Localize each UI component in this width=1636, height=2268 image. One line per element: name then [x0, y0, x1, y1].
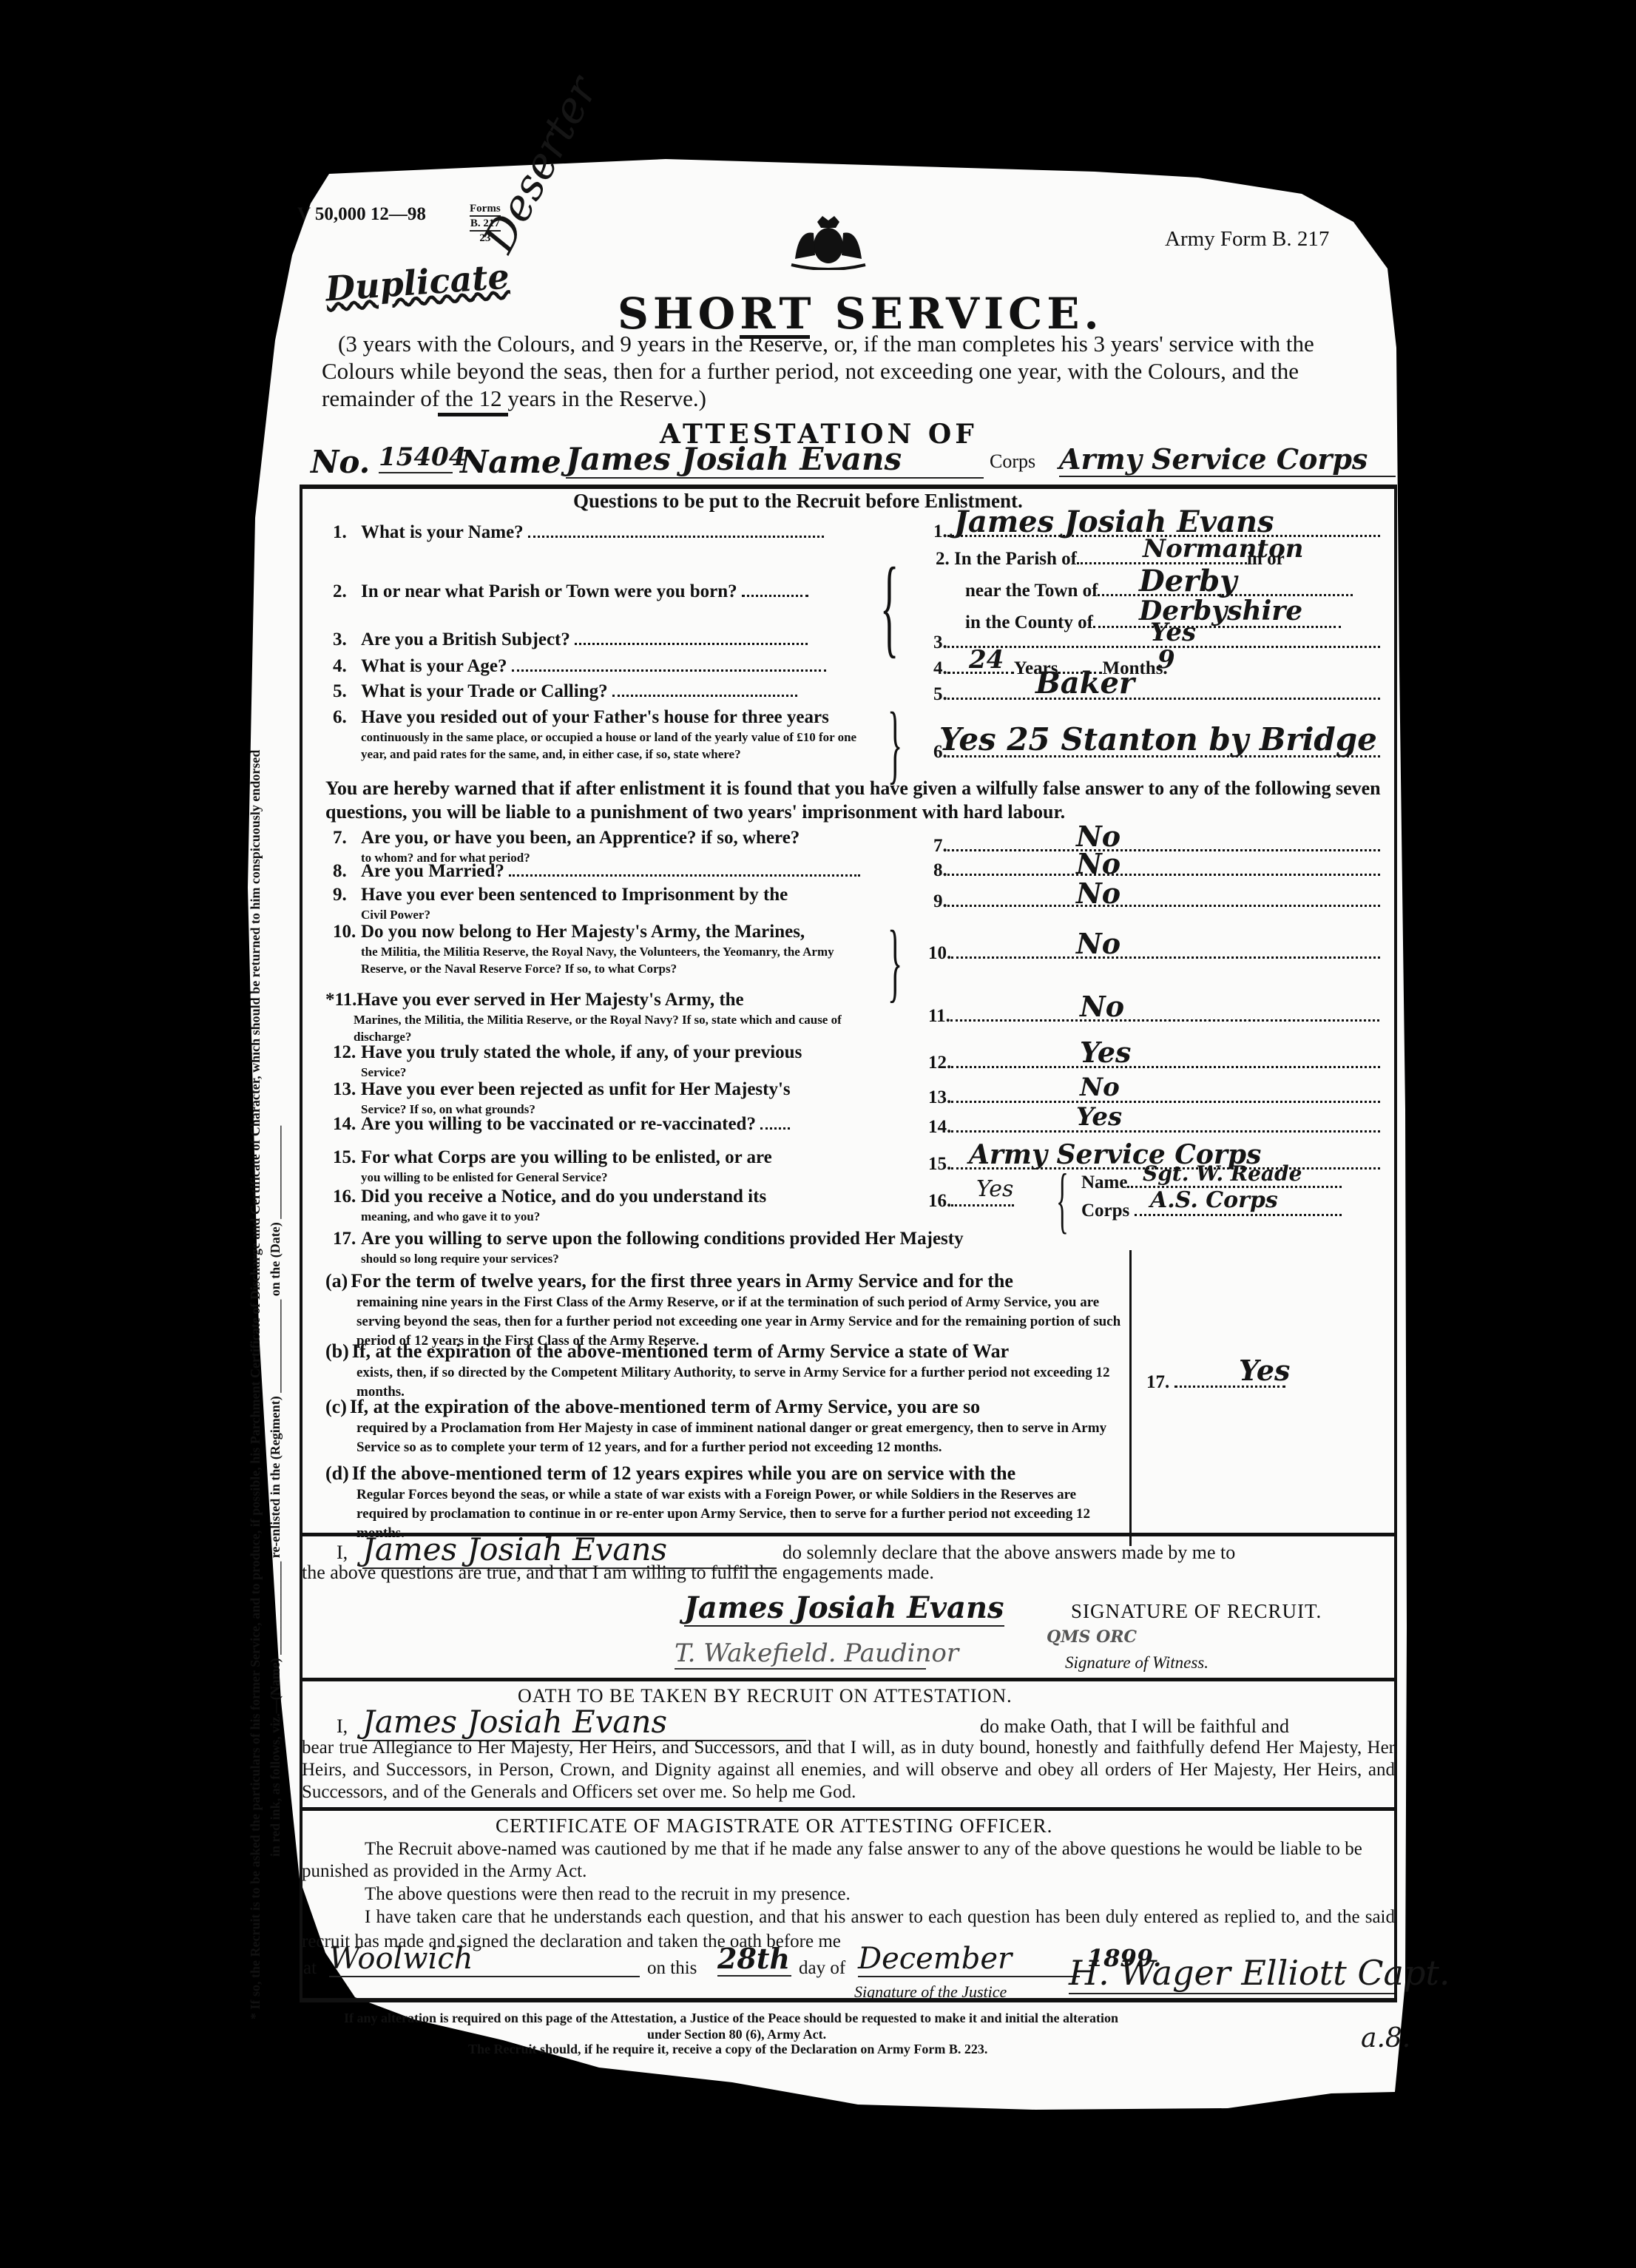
q16-text: Did you receive a Notice, and do you und… — [361, 1187, 766, 1206]
place-label: at — [303, 1957, 317, 1980]
question-2: 2.In or near what Parish or Town were yo… — [333, 581, 808, 603]
q4-number: 4. — [333, 655, 361, 678]
condition-c: (c) If, at the expiration of the above-m… — [325, 1394, 1124, 1457]
age-months-value: 9 — [1157, 645, 1175, 675]
q9-text: Have you ever been sentenced to Imprison… — [361, 885, 788, 905]
serial-number-label: No. — [311, 444, 370, 480]
recruit-name-value: James Josiah Evans — [566, 441, 984, 479]
condition-d-key: (d) — [325, 1462, 349, 1484]
question-15: 15.For what Corps are you willing to be … — [333, 1147, 880, 1186]
q14-number: 14. — [333, 1113, 361, 1135]
warning-text: You are hereby warned that if after enli… — [325, 777, 1381, 823]
q16-subtext: meaning, and who gave it to you? — [333, 1208, 880, 1225]
answer-9-value: No — [1076, 877, 1120, 910]
q13-text: Have you ever been rejected as unfit for… — [361, 1079, 791, 1099]
notice-giver-corps-value: A.S. Corps — [1150, 1187, 1278, 1213]
question-13: 13.Have you ever been rejected as unfit … — [333, 1079, 880, 1118]
answer-12: 12. — [928, 1053, 1380, 1073]
army-act-reference: under Section 80 (6), Army Act. — [647, 2027, 826, 2042]
answer-17-value: Yes — [1239, 1354, 1290, 1387]
condition-c-key: (c) — [325, 1396, 347, 1417]
corps-value: Army Service Corps — [1059, 442, 1396, 477]
name-label: Name — [460, 444, 561, 480]
q8-text: Are you Married? — [361, 861, 504, 881]
q9-number: 9. — [333, 884, 361, 906]
q12-text: Have you truly stated the whole, if any,… — [361, 1042, 802, 1062]
serial-number-value: 15404 — [379, 442, 453, 473]
oath-prefix: I, — [337, 1715, 348, 1738]
answer-16-value: Yes — [976, 1176, 1013, 1202]
question-5: 5.What is your Trade or Calling? — [333, 681, 797, 703]
answer-10: 10. — [928, 943, 1380, 964]
brace-icon: } — [888, 917, 902, 1006]
answer-8-value: No — [1076, 847, 1120, 880]
margin-note-line1: * If so, the Recruit is to be asked the … — [248, 750, 263, 2019]
q5-text: What is your Trade or Calling? — [361, 681, 608, 701]
q4-text: What is your Age? — [361, 656, 507, 676]
answer-14-value: Yes — [1076, 1102, 1122, 1132]
q1-number: 1. — [333, 522, 361, 544]
trade-value: Baker — [1035, 666, 1135, 701]
attestation-rule — [438, 413, 508, 416]
justice-signature-label: Signature of the Justice — [854, 1982, 1007, 2002]
q17-subtext: should so long require your services? — [333, 1250, 1146, 1267]
parish-label: In the Parish of — [954, 549, 1077, 569]
margin-note-line2: in red ink, as follows, viz.—(Name) ____… — [268, 1126, 283, 1857]
answer-14: 14. — [928, 1117, 1380, 1138]
notice-giver-name-value: Sgt. W. Reade — [1143, 1161, 1302, 1186]
q10-text: Do you now belong to Her Majesty's Army,… — [361, 922, 805, 942]
q16-number: 16. — [333, 1186, 361, 1208]
corps-label: Corps — [990, 450, 1035, 473]
condition-a-key: (a) — [325, 1270, 348, 1292]
oath-text-1: do make Oath, that I will be faithful an… — [980, 1715, 1289, 1738]
attestation-day: 28th — [717, 1942, 791, 1977]
town-label: near the Town of — [965, 581, 1098, 601]
q3-text: Are you a British Subject? — [361, 630, 570, 649]
age-years-value: 24 — [969, 645, 1004, 675]
condition-b-lead: If, at the expiration of the above-menti… — [352, 1340, 1009, 1362]
recruit-signature: James Josiah Evans — [684, 1590, 1004, 1627]
q3-number: 3. — [333, 629, 361, 651]
witness-signature-label: Signature of Witness. — [1065, 1653, 1209, 1673]
question-10: 10.Do you now belong to Her Majesty's Ar… — [333, 921, 880, 977]
notice-corps-label: Corps — [1081, 1201, 1129, 1221]
q14-text: Are you willing to be vaccinated or re-v… — [361, 1114, 756, 1134]
birth-town-value: Derby — [1139, 564, 1237, 598]
condition-b: (b) If, at the expiration of the above-m… — [325, 1339, 1124, 1402]
question-1: 1.What is your Name? — [333, 522, 824, 544]
condition-b-key: (b) — [325, 1340, 349, 1362]
q15-text: For what Corps are you willing to be enl… — [361, 1147, 772, 1167]
q2-number: 2. — [333, 581, 361, 603]
q6-number: 6. — [333, 706, 361, 729]
answer-13-value: No — [1080, 1073, 1120, 1102]
question-17: 17.Are you willing to serve upon the fol… — [333, 1228, 1146, 1267]
witness-rank-note: QMS ORC — [1047, 1627, 1137, 1647]
answer-11-value: No — [1080, 990, 1124, 1023]
oath-name: James Josiah Evans — [362, 1704, 806, 1741]
condition-a-lead: For the term of twelve years, for the fi… — [351, 1270, 1013, 1292]
margin-annotation: a.8. — [1361, 2023, 1410, 2053]
question-12: 12.Have you truly stated the whole, if a… — [333, 1042, 880, 1081]
certificate-heading: CERTIFICATE OF MAGISTRATE OR ATTESTING O… — [496, 1815, 1052, 1837]
q5-number: 5. — [333, 681, 361, 703]
residence-value: Yes 25 Stanton by Bridge — [939, 721, 1377, 757]
recruit-signature-label: SIGNATURE OF RECRUIT. — [1071, 1600, 1322, 1623]
question-6: 6.Have you resided out of your Father's … — [333, 706, 880, 763]
q10-number: 10. — [333, 921, 361, 943]
certificate-paragraph-2: The above questions were then read to th… — [365, 1883, 851, 1906]
q6-text: Have you resided out of your Father's ho… — [361, 707, 829, 727]
answer-13: 13. — [928, 1087, 1380, 1108]
declaration-copy-note: The Recruit should, if he require it, re… — [468, 2042, 987, 2057]
question-14: 14.Are you willing to be vaccinated or r… — [333, 1113, 790, 1135]
army-form-number: Army Form B. 217 — [1165, 227, 1329, 252]
question-9: 9.Have you ever been sentenced to Impris… — [333, 884, 880, 923]
q15-number: 15. — [333, 1147, 361, 1169]
witness-signature: T. Wakefield. Paudinor — [675, 1638, 926, 1670]
answer-11: 11. — [928, 1006, 1379, 1027]
answer-9: 9. — [933, 891, 1380, 912]
royal-coat-of-arms-icon — [784, 215, 873, 270]
q17-number: 17. — [333, 1228, 361, 1250]
q12-number: 12. — [333, 1042, 361, 1064]
condition-c-lead: If, at the expiration of the above-menti… — [350, 1396, 980, 1417]
answer-5: 5. — [933, 684, 1380, 705]
brace-icon: } — [888, 699, 902, 788]
question-4: 4.What is your Age? — [333, 655, 826, 678]
question-11: *11.Have you ever served in Her Majesty'… — [325, 989, 873, 1045]
question-3: 3.Are you a British Subject? — [333, 629, 808, 651]
q7-text: Are you, or have you been, an Apprentice… — [361, 828, 800, 848]
conditions-bracket — [1129, 1250, 1132, 1546]
answer-10-value: No — [1076, 927, 1120, 960]
question-16: 16.Did you receive a Notice, and do you … — [333, 1186, 880, 1225]
q13-number: 13. — [333, 1079, 361, 1101]
q8-number: 8. — [333, 860, 361, 882]
attestation-month: December — [858, 1942, 1080, 1977]
q11-subtext: Marines, the Militia, the Militia Reserv… — [325, 1011, 873, 1045]
brace-icon: { — [880, 551, 899, 662]
answer-12-value: Yes — [1080, 1036, 1131, 1069]
q11-number: *11. — [325, 989, 356, 1011]
answer-7: 7. — [933, 836, 1380, 857]
a17-number: 17. — [1146, 1372, 1169, 1392]
q6-subtext: continuously in the same place, or occup… — [333, 729, 880, 763]
notice-name-label: Name — [1081, 1172, 1127, 1192]
oath-divider — [300, 1678, 1397, 1681]
q15-subtext: you willing to be enlisted for General S… — [333, 1169, 880, 1186]
alteration-note: If any alteration is required on this pa… — [344, 2011, 1118, 2026]
q11-text: Have you ever served in Her Majesty's Ar… — [356, 990, 743, 1010]
certificate-paragraph-1: The Recruit above-named was cautioned by… — [302, 1838, 1395, 1883]
on-this-label: on this — [647, 1957, 697, 1980]
brace-icon: { — [1056, 1163, 1069, 1237]
county-label: in the County of — [965, 612, 1093, 632]
attestation-place: Woolwich — [329, 1942, 640, 1977]
question-8: 8.Are you Married? — [333, 860, 860, 882]
q1-text: What is your Name? — [361, 522, 524, 542]
q7-number: 7. — [333, 827, 361, 849]
condition-d-lead: If the above-mentioned term of 12 years … — [352, 1462, 1015, 1484]
certificate-divider — [300, 1807, 1397, 1811]
oath-text-2: bear true Allegiance to Her Majesty, Her… — [302, 1737, 1395, 1803]
justice-signature: H. Wager Elliott Capt. — [1069, 1953, 1394, 1994]
q10-subtext: the Militia, the Militia Reserve, the Ro… — [333, 943, 880, 977]
service-terms: (3 years with the Colours, and 9 years i… — [322, 330, 1387, 412]
declaration-text-2: the above questions are true, and that I… — [302, 1561, 934, 1584]
q17-text: Are you willing to serve upon the follow… — [361, 1229, 964, 1249]
birth-parish-value: Normanton — [1143, 534, 1304, 564]
print-code: V 50,000 12—98 — [297, 204, 426, 225]
day-of-label: day of — [799, 1957, 845, 1980]
q2-text: In or near what Parish or Town were you … — [361, 581, 737, 601]
answer-3-value: Yes — [1150, 618, 1196, 647]
condition-c-rest: required by a Proclamation from Her Maje… — [325, 1419, 1124, 1457]
answer-8: 8. — [933, 860, 1380, 881]
false-answer-warning: You are hereby warned that if after enli… — [325, 777, 1383, 824]
